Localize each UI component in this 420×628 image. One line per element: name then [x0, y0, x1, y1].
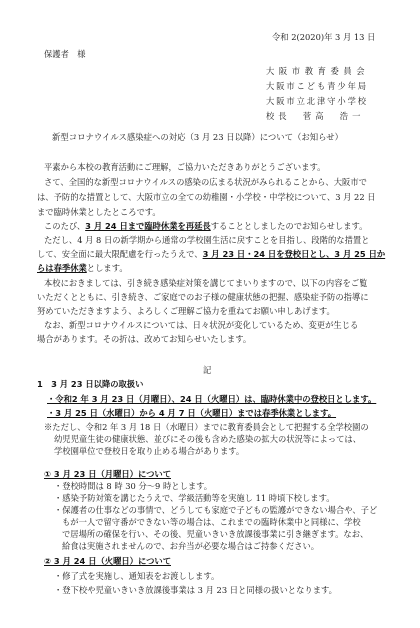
sender-school: 大阪市立北津守小学校	[266, 95, 368, 107]
subsection-march-23-heading: ① 3 月 23 日（月曜日）について	[44, 470, 171, 478]
extension-notice: このたび、3 月 24 日まで臨時休業を再延長することとしましたのでお知らせしま…	[44, 222, 367, 230]
school-day-notice: して、安全面に最大限配慮を行ったうえで、3 月 23 日・24 日を登校日とし、…	[37, 250, 385, 258]
section-1-note: 学校園単位で登校日を取り止める場合があります。	[54, 447, 244, 455]
sender-board-of-education: 大阪市教育委員会	[266, 65, 369, 77]
list-item-continued: 給食は実施されませんので、お弁当が必要な場合はご持参ください。	[62, 542, 319, 550]
recipient-line: 保護者 様	[44, 50, 86, 58]
list-item: ・感染予防対策を講じたうえで、学級活動等を実施し 11 時頃下校します。	[54, 494, 335, 502]
document-page: 令和 2(2020)年 3 月 13 日 保護者 様 大阪市教育委員会 大阪市こ…	[0, 0, 420, 628]
body-line: 場合があります。その折は、改めてお知らせいたします。	[37, 335, 251, 343]
document-date: 令和 2(2020)年 3 月 13 日	[272, 33, 375, 41]
body-text: して、安全面に最大限配慮を行ったうえで、	[37, 249, 203, 259]
section-1-note: 幼児児童生徒の健康状態、並びにその後も含めた感染の拡大の状況等によっては、	[54, 435, 361, 443]
body-text: することとしましたのでお知らせします。	[211, 221, 368, 231]
body-line: ただし、4 月 8 日の新学期から通常の学校園生活に戻すことを目指し、段階的な措…	[44, 236, 369, 244]
section-1-bullet-spring-break: ・3 月 25 日（水曜日）から 4 月 7 日（火曜日）までは春季休業とします…	[47, 409, 336, 417]
spring-break-notice: らは春季休業とします。	[37, 264, 128, 272]
emphasis-spring-break: らは春季休業	[37, 263, 87, 273]
body-line: なお、新型コロナウイルスについては、日々状況が変化しているため、変更が生じる	[44, 321, 358, 329]
body-line: まで臨時休業としたところです。	[37, 208, 161, 216]
body-line: さて、全国的な新型コロナウイルスの感染の広まる状況がみられることから、大阪市で	[44, 178, 367, 186]
body-line: 本校におきましては、引き続き感染症対策を講じてまいりますので、以下の内容をご覧	[44, 279, 367, 287]
list-item: ・修了式を実施し、通知表をお渡しします。	[54, 572, 219, 580]
emphasis-school-days: 3 月 23 日・24 日を登校日とし、3 月 25 日か	[203, 249, 386, 259]
list-item-continued: で居場所の確保を行い、その後、児童いきいき放課後事業に引き継ぎます。なお、	[62, 530, 368, 538]
body-line: いただくとともに、引き続き、ご家庭でのお子様の健康状態の把握、感染症予防の指導に	[37, 293, 369, 301]
body-line: は、予防的な措置として、大阪市立の全ての幼稚園・小学校・中学校について、3 月 …	[37, 193, 376, 201]
document-title: 新型コロナウイルス感染症への対応（3 月 23 日以降）について（お知らせ）	[52, 133, 343, 141]
sender-youth-bureau: 大阪市こども青少年局	[266, 80, 368, 92]
subsection-march-24-heading: ② 3 月 24 日（火曜日）について	[44, 557, 171, 565]
body-text: このたび、	[44, 221, 85, 231]
section-1-bullet-school-days: ・令和2 年 3 月 23 日（月曜日）、24 日（火曜日）は、臨時休業中の登校…	[47, 395, 376, 403]
greeting-paragraph: 平素から本校の教育活動にご理解，ご協力いただきありがとうございます。	[44, 163, 325, 171]
section-1-heading: 1 3 月 23 日以降の取扱い	[37, 380, 143, 388]
section-1-note: ※ただし、令和2 年 3 月 18 日（水曜日）までに教育委員会として把握する全…	[44, 423, 369, 431]
body-line: 努めていただきますよう、よろしくご理解ご協力を重ねてお願い申しあげます。	[37, 307, 335, 315]
list-item: ・登校時間は 8 時 30 分～9 時とします。	[54, 482, 212, 490]
emphasis-extension: 3 月 24 日まで臨時休業を再延長	[85, 221, 211, 231]
sender-principal: 校長 菅高 浩一	[266, 110, 364, 122]
list-item: ・登下校や児童いきいき放課後事業は 3 月 23 日と同様の扱いとなります。	[54, 586, 337, 594]
list-item: ・保護者の仕事などの事情で、どうしても家庭で子どもの監護ができない場合や、子ど	[54, 506, 377, 514]
notes-heading: 記	[203, 366, 211, 374]
body-text: とします。	[87, 263, 128, 273]
list-item-continued: もが一人で留守番ができない等の場合は、これまでの臨時休業中と同様に、学校	[62, 518, 361, 526]
